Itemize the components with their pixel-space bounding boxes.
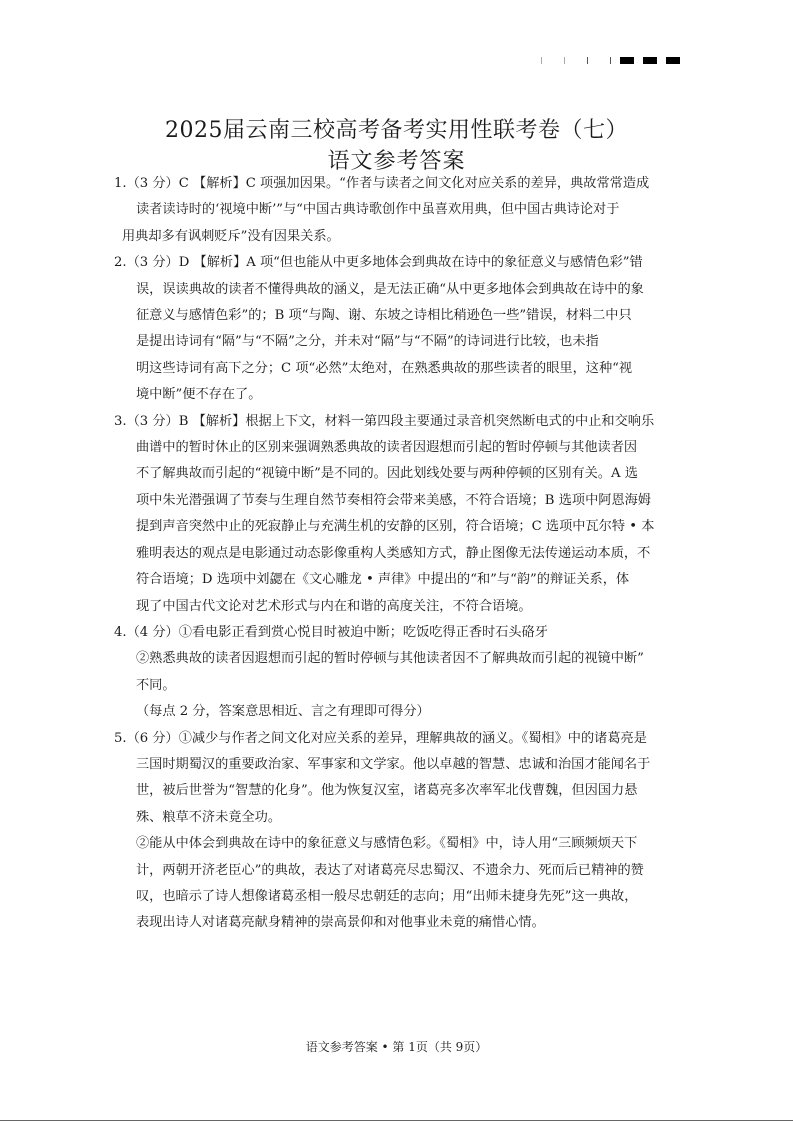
answer-line: 殊、粮草不济未竟全功。 <box>114 805 684 831</box>
answer-line: 境中断”便不存在了。 <box>114 382 684 408</box>
answer-line: 三国时期蜀汉的重要政治家、军事家和文学家。他以卓越的智慧、忠诚和治国才能闻名于 <box>114 752 684 778</box>
document-title: 2025届云南三校高考备考实用性联考卷（七） <box>0 117 793 145</box>
registration-tick <box>610 57 611 64</box>
answer-item-3: 3.（3 分）B 【解析】根据上下文，材料一第四段主要通过录音机突然断电式的中止… <box>114 409 684 620</box>
answer-line: 读者读诗时的‘视境中断’”与“中国古典诗歌创作中虽喜欢用典，但中国古典诗论对于 <box>114 197 684 223</box>
answer-line: 雅明表达的观点是电影通过动态影像重构人类感知方式，静止图像无法传递运动本质，不 <box>114 541 684 567</box>
registration-block <box>666 57 680 64</box>
answer-item-1: 1.（3 分）C 【解析】C 项强加因果。“作者与读者之间文化对应关系的差异，典… <box>114 171 684 250</box>
answer-number: 5. <box>114 731 127 746</box>
answer-line: 曲谱中的暂时休止的区别来强调熟悉典故的读者因遐想而引起的暂时停顿与其他读者因 <box>114 435 684 461</box>
answer-line: 表现出诗人对诸葛亮献身精神的崇高景仰和对他事业未竟的痛惜心情。 <box>114 910 684 936</box>
answer-number: 1. <box>114 176 127 191</box>
answer-line: 5.（6 分）①减少与作者之间文化对应关系的差异，理解典故的涵义。《蜀相》中的诸… <box>114 726 684 752</box>
answer-line: 叹，也暗示了诗人想像诸葛丞相一般尽忠朝廷的志向；用“出师未捷身先死”这一典故， <box>114 884 684 910</box>
answer-item-5: 5.（6 分）①减少与作者之间文化对应关系的差异，理解典故的涵义。《蜀相》中的诸… <box>114 726 684 937</box>
answer-line: ②能从中体会到典故在诗中的象征意义与感情色彩。《蜀相》中，诗人用“三顾频烦天下 <box>114 831 684 857</box>
answer-line: 不同。 <box>114 673 684 699</box>
print-registration-marks <box>541 56 689 64</box>
answer-line: 计，两朝开济老臣心”的典故，表达了对诸葛亮尽忠蜀汉、不遗余力、死而后已精神的赞 <box>114 858 684 884</box>
registration-tick <box>587 57 588 64</box>
answer-line: ②熟悉典故的读者因遐想而引起的暂时停顿与其他读者因不了解典故而引起的视镜中断” <box>114 646 684 672</box>
answer-number: 4. <box>114 625 127 640</box>
answer-line: 现了中国古代文论对艺术形式与内在和谐的高度关注，不符合语境。 <box>114 594 684 620</box>
page-footer: 语文参考答案 • 第 1页（共 9页） <box>0 1038 793 1055</box>
answer-number: 3. <box>114 414 127 429</box>
answer-line: 提到声音突然中止的死寂静止与充满生机的安静的区别，符合语境；C 选项中瓦尔特 •… <box>114 514 684 540</box>
answer-item-2: 2.（3 分）D 【解析】A 项“但也能从中更多地体会到典故在诗中的象征意义与感… <box>114 250 684 408</box>
registration-block <box>643 57 657 64</box>
registration-block <box>620 57 634 64</box>
answer-line: 征意义与感情色彩”的；B 项“与陶、谢、东坡之诗相比稍逊色一些”错误，材料二中只 <box>114 303 684 329</box>
answer-list: 1.（3 分）C 【解析】C 项强加因果。“作者与读者之间文化对应关系的差异，典… <box>114 171 684 937</box>
answer-line: 误，误读典故的读者不懂得典故的涵义，是无法正确“从中更多地体会到典故在诗中的象 <box>114 277 684 303</box>
answer-line: 1.（3 分）C 【解析】C 项强加因果。“作者与读者之间文化对应关系的差异，典… <box>114 171 684 197</box>
answer-line: 4.（4 分）①看电影正看到赏心悦目时被迫中断；吃饭吃得正香时石头硌牙 <box>114 620 684 646</box>
answer-line: 2.（3 分）D 【解析】A 项“但也能从中更多地体会到典故在诗中的象征意义与感… <box>114 250 684 276</box>
answer-item-4: 4.（4 分）①看电影正看到赏心悦目时被迫中断；吃饭吃得正香时石头硌牙 ②熟悉典… <box>114 620 684 726</box>
answer-line: 用典却多有讽刺贬斥”没有因果关系。 <box>114 224 684 250</box>
answer-number: 2. <box>114 255 127 270</box>
answer-line: 明这些诗词有高下之分；C 项“必然”太绝对，在熟悉典故的那些读者的眼里，这种“视 <box>114 356 684 382</box>
answer-line: 项中朱光潜强调了节奏与生理自然节奏相符会带来美感，不符合语境；B 选项中阿恩海姆 <box>114 488 684 514</box>
answer-line: 是提出诗词有“隔”与“不隔”之分，并未对“隔”与“不隔”的诗词进行比较，也未指 <box>114 329 684 355</box>
registration-tick <box>541 57 542 64</box>
answer-line: 世，被后世誉为“智慧的化身”。他为恢复汉室，诸葛亮多次率军北伐曹魏，但因国力悬 <box>114 778 684 804</box>
answer-line: 不了解典故而引起的“视镜中断”是不同的。因此划线处要与两种停顿的区别有关。A 选 <box>114 461 684 487</box>
registration-tick <box>564 57 565 64</box>
page-bottom-border <box>0 1120 793 1121</box>
answer-line: 3.（3 分）B 【解析】根据上下文，材料一第四段主要通过录音机突然断电式的中止… <box>114 409 684 435</box>
scoring-note: （每点 2 分，答案意思相近、言之有理即可得分） <box>114 699 684 725</box>
answer-line: 符合语境；D 选项中刘勰在《文心雕龙 • 声律》中提出的“和”与“韵”的辩证关系… <box>114 567 684 593</box>
